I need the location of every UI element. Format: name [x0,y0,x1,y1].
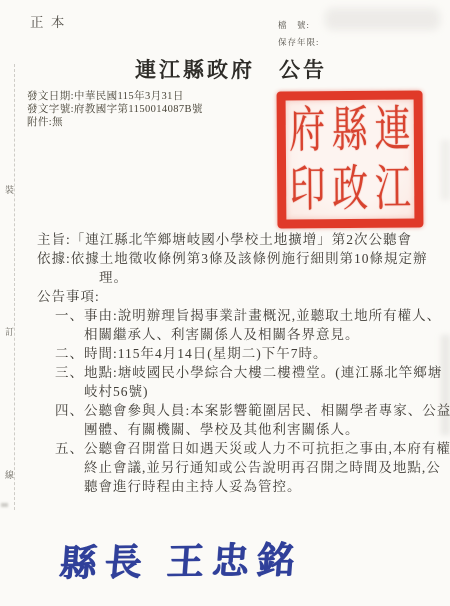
legal-basis-line-wrap: 理。 [99,268,429,287]
official-seal: 府 縣 連 印 政 江 [277,90,424,228]
item-3-line-wrap: 岐村56號) [84,382,429,401]
scan-smudge [1,503,8,507]
document-title: 連江縣政府 公告 [0,54,450,84]
retention-period-label: 保存年限: [278,34,319,51]
binding-mark-zhuang: 裝 [5,181,14,198]
seal-character: 印 [289,165,325,215]
attachment-line: 附件:無 [27,116,203,129]
announcement-items-heading: 公告事項: [37,287,429,306]
scan-smudge [441,335,450,435]
seal-character-grid: 府 縣 連 印 政 江 [286,100,415,220]
issue-date-line: 發文日期:中華民國115年3月31日 [27,90,203,103]
header-right-block: 檔 號: 保存年限: [278,17,319,51]
scan-smudge [441,140,450,200]
seal-character: 江 [375,164,411,214]
item-5-line-wrap: 終止會議,並另行通知或公告說明再召開之時間及地點,公 [84,458,429,477]
item-3-line: 三、地點:塘岐國民小學綜合大樓二樓禮堂。(連江縣北竿鄉塘 [55,363,429,382]
file-number-label: 檔 號: [278,17,319,34]
announcement-document: 正 本 檔 號: 保存年限: 連江縣政府 公告 發文日期:中華民國115年3月3… [0,0,450,606]
county-magistrate-signature: 縣長 王忠銘 [58,529,304,586]
binding-mark-ding: 訂 [5,323,14,340]
seal-character: 連 [374,104,410,154]
binding-margin-line [14,64,15,510]
announcement-body: 主旨:「連江縣北竿鄉塘岐國小學校土地擴增」第2次公聽會 依據:依據土地徵收條例第… [37,230,429,496]
item-2-line: 二、時間:115年4月14日(星期二)下午7時。 [55,344,429,363]
item-1-line: 一、事由:說明辦理旨揭事業計畫概況,並聽取土地所有權人、 [55,306,429,325]
item-4-line: 四、公聽會參與人員:本案影響範圍居民、相關學者專家、公益 [55,401,429,420]
item-5-line-wrap2: 聽會進行時程由主持人妥為管控。 [84,477,429,496]
seal-character: 府 [289,105,325,155]
legal-basis-line: 依據:依據土地徵收條例第3條及該條例施行細則第10條規定辦 [37,249,429,268]
seal-character: 縣 [332,105,368,155]
document-meta: 發文日期:中華民國115年3月31日 發文字號:府教國字第1150014087B… [27,90,203,129]
issue-number-line: 發文字號:府教國字第1150014087B號 [27,103,203,116]
item-5-line: 五、公聽會召開當日如遇天災或人力不可抗拒之事由,本府有權 [55,439,429,458]
copy-label: 正 本 [30,11,66,31]
scan-smudge [325,8,440,30]
item-1-line-wrap: 相關繼承人、利害關係人及相關各界意見。 [84,325,429,344]
subject-line: 主旨:「連江縣北竿鄉塘岐國小學校土地擴增」第2次公聽會 [37,230,429,249]
seal-character: 政 [332,164,368,214]
item-4-line-wrap: 團體、有關機關、學校及其他利害關係人。 [84,420,429,439]
binding-mark-xian: 線 [5,466,14,483]
